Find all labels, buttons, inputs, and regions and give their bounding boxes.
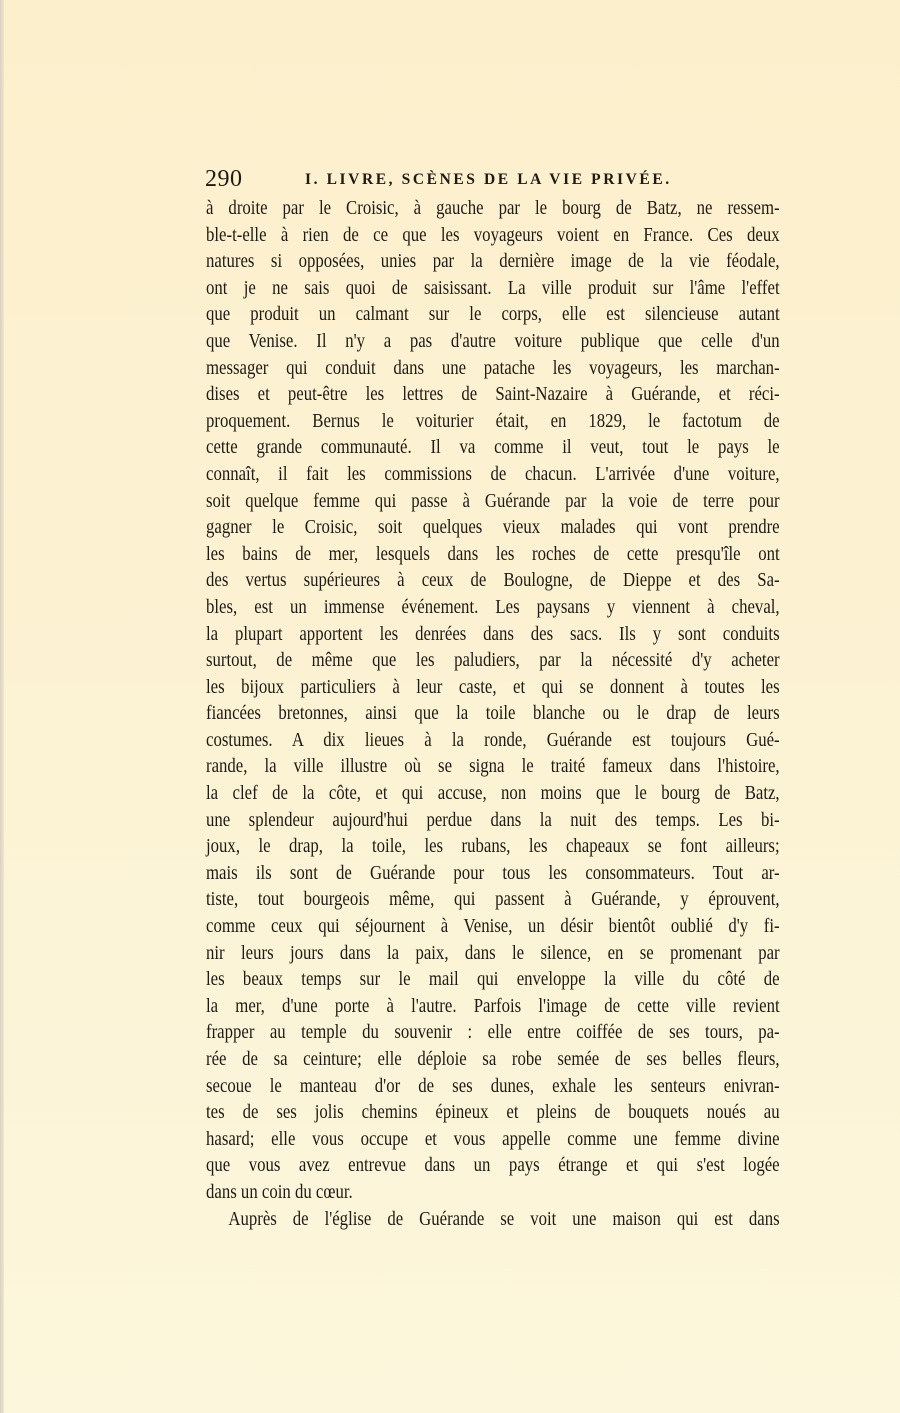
text-line: rande, la ville illustre où se signa le … — [206, 754, 780, 781]
text-line: dans un coin du cœur. — [206, 1180, 780, 1207]
page-number: 290 — [205, 166, 243, 192]
text-line: que vous avez entrevue dans un pays étra… — [206, 1153, 780, 1180]
text-line: bles, est un immense événement. Les pays… — [206, 595, 780, 622]
text-line: ont je ne sais quoi de saisissant. La vi… — [206, 276, 780, 303]
text-line: les bijoux particuliers à leur caste, et… — [206, 675, 780, 702]
text-line: une splendeur aujourd'hui perdue dans la… — [206, 808, 780, 835]
text-line: dises et peut-être les lettres de Saint-… — [206, 382, 780, 409]
text-line: messager qui conduit dans une patache le… — [206, 356, 780, 383]
text-line: costumes. A dix lieues à la ronde, Guéra… — [206, 728, 780, 755]
text-line: les bains de mer, lesquels dans les roch… — [206, 542, 780, 569]
running-head: 290 I. LIVRE, SCÈNES DE LA VIE PRIVÉE. — [205, 166, 785, 192]
text-line: ble-t-elle à rien de ce que les voyageur… — [206, 223, 780, 250]
text-line: proquement. Bernus le voiturier était, e… — [206, 409, 780, 436]
text-line: secoue le manteau d'or de ses dunes, exh… — [206, 1074, 780, 1101]
text-line: soit quelque femme qui passe à Guérande … — [206, 489, 780, 516]
text-line: fiancées bretonnes, ainsi que la toile b… — [206, 701, 780, 728]
running-title: I. LIVRE, SCÈNES DE LA VIE PRIVÉE. — [305, 170, 672, 190]
body-text: à droite par le Croisic, à gauche par le… — [206, 196, 780, 1233]
text-line: frapper au temple du souvenir : elle ent… — [206, 1020, 780, 1047]
text-line: que Venise. Il n'y a pas d'autre voiture… — [206, 329, 780, 356]
text-line: tes de ses jolis chemins épineux et plei… — [206, 1100, 780, 1127]
page-edge — [0, 0, 4, 1413]
text-line: des vertus supérieures à ceux de Boulogn… — [206, 568, 780, 595]
text-line: tiste, tout bourgeois même, qui passent … — [206, 887, 780, 914]
text-line: les beaux temps sur le mail qui envelopp… — [206, 967, 780, 994]
text-line: que produit un calmant sur le corps, ell… — [206, 302, 780, 329]
text-line: gagner le Croisic, soit quelques vieux m… — [206, 515, 780, 542]
text-line: cette grande communauté. Il va comme il … — [206, 435, 780, 462]
text-line: la plupart apportent les denrées dans de… — [206, 622, 780, 649]
text-line: natures si opposées, unies par la derniè… — [206, 249, 780, 276]
text-line: connaît, il fait les commissions de chac… — [206, 462, 780, 489]
text-line: rée de sa ceinture; elle déploie sa robe… — [206, 1047, 780, 1074]
text-line: surtout, de même que les paludiers, par … — [206, 648, 780, 675]
text-line: nir leurs jours dans la paix, dans le si… — [206, 941, 780, 968]
text-line: comme ceux qui séjournent à Venise, un d… — [206, 914, 780, 941]
text-line: la mer, d'une porte à l'autre. Parfois l… — [206, 994, 780, 1021]
text-line: à droite par le Croisic, à gauche par le… — [206, 196, 780, 223]
text-line: mais ils sont de Guérande pour tous les … — [206, 861, 780, 888]
text-line: joux, le drap, la toile, les rubans, les… — [206, 834, 780, 861]
text-line-paragraph-start: Auprès de l'église de Guérande se voit u… — [206, 1207, 780, 1234]
text-line: hasard; elle vous occupe et vous appelle… — [206, 1127, 780, 1154]
text-line: la clef de la côte, et qui accuse, non m… — [206, 781, 780, 808]
